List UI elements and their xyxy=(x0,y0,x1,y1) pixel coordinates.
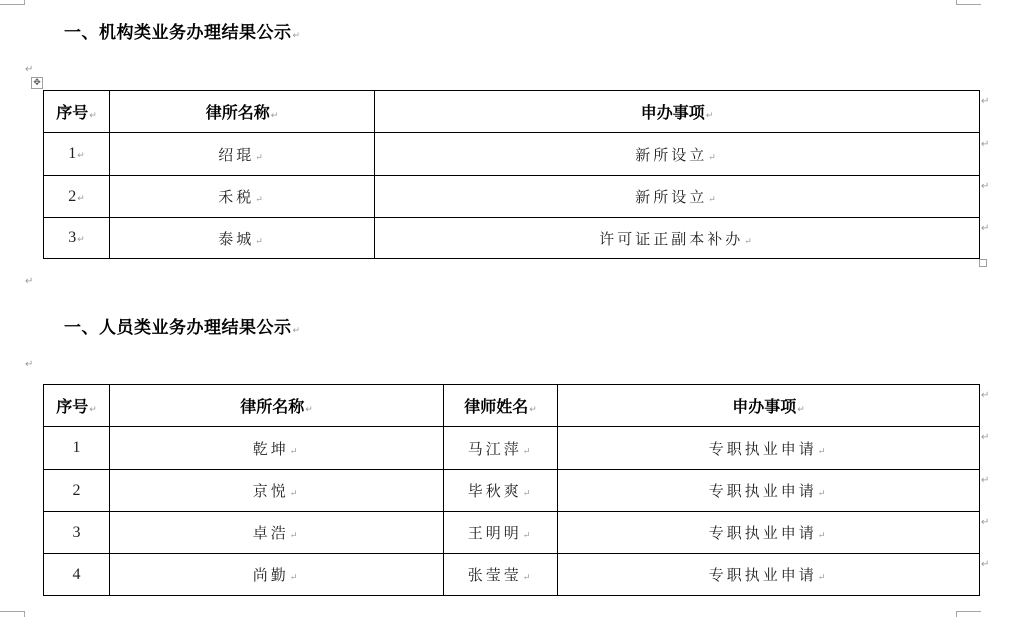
row-end-mark-icon: ↵ xyxy=(981,96,989,107)
cell-lawyer: 毕秋爽↵ xyxy=(444,470,558,512)
row-end-mark-icon: ↵ xyxy=(981,517,989,528)
cell-lawyer: 王明明↵ xyxy=(444,512,558,554)
cell-item: 新所设立↵ xyxy=(375,133,980,176)
row-end-mark-icon: ↵ xyxy=(981,181,989,192)
cell-firm: 京悦↵ xyxy=(110,470,444,512)
header-no: 序号↵ xyxy=(44,91,110,133)
row-end-mark-icon: ↵ xyxy=(981,223,989,234)
paragraph-mark-icon: ↵ xyxy=(25,64,33,75)
table-row: 1↵ 绍琨↵ 新所设立↵ xyxy=(44,133,980,176)
cell-no: 3↵ xyxy=(44,218,110,259)
cell-no: 2 xyxy=(44,470,110,512)
section1-heading: 一、机构类业务办理结果公示↵ xyxy=(64,18,301,43)
section1-heading-text: 一、机构类业务办理结果公示 xyxy=(64,23,292,43)
cell-firm: 尚勤↵ xyxy=(110,554,444,596)
cell-lawyer: 张莹莹↵ xyxy=(444,554,558,596)
cell-item: 专职执业申请↵ xyxy=(558,427,980,470)
row-end-mark-icon: ↵ xyxy=(981,559,989,570)
page-corner-top-right xyxy=(956,0,981,5)
cell-item: 许可证正副本补办↵ xyxy=(375,218,980,259)
table-row: 3↵ 泰城↵ 许可证正副本补办↵ xyxy=(44,218,980,259)
table-header-row: 序号↵ 律所名称↵ 申办事项↵ xyxy=(44,91,980,133)
page-corner-bottom-left xyxy=(0,611,25,617)
institution-results-table: 序号↵ 律所名称↵ 申办事项↵ 1↵ 绍琨↵ 新所设立↵ 2↵ 禾税↵ 新所设立… xyxy=(43,90,980,259)
cell-no: 2↵ xyxy=(44,176,110,218)
cell-firm: 禾税↵ xyxy=(110,176,375,218)
cell-no: 4 xyxy=(44,554,110,596)
page-corner-top-left xyxy=(0,0,25,5)
header-lawyer: 律师姓名↵ xyxy=(444,385,558,427)
row-end-mark-icon: ↵ xyxy=(981,432,989,443)
cell-firm: 卓浩↵ xyxy=(110,512,444,554)
table-row: 3 卓浩↵ 王明明↵ 专职执业申请↵ xyxy=(44,512,980,554)
header-item: 申办事项↵ xyxy=(375,91,980,133)
cell-firm: 乾坤↵ xyxy=(110,427,444,470)
header-firm: 律所名称↵ xyxy=(110,385,444,427)
paragraph-mark-icon: ↵ xyxy=(293,326,301,336)
cell-item: 新所设立↵ xyxy=(375,176,980,218)
cell-lawyer: 马江萍↵ xyxy=(444,427,558,470)
header-no: 序号↵ xyxy=(44,385,110,427)
table-row: 2 京悦↵ 毕秋爽↵ 专职执业申请↵ xyxy=(44,470,980,512)
page-corner-bottom-right xyxy=(956,611,981,617)
cell-no: 3 xyxy=(44,512,110,554)
table-row: 2↵ 禾税↵ 新所设立↵ xyxy=(44,176,980,218)
paragraph-mark-icon: ↵ xyxy=(25,359,33,370)
header-item: 申办事项↵ xyxy=(558,385,980,427)
table-move-handle-icon[interactable]: ✥ xyxy=(31,77,43,89)
cell-firm: 绍琨↵ xyxy=(110,133,375,176)
header-firm: 律所名称↵ xyxy=(110,91,375,133)
table-resize-handle-icon[interactable] xyxy=(979,259,987,267)
table-header-row: 序号↵ 律所名称↵ 律师姓名↵ 申办事项↵ xyxy=(44,385,980,427)
cell-firm: 泰城↵ xyxy=(110,218,375,259)
cell-no: 1 xyxy=(44,427,110,470)
paragraph-mark-icon: ↵ xyxy=(293,31,301,41)
table-row: 1 乾坤↵ 马江萍↵ 专职执业申请↵ xyxy=(44,427,980,470)
section2-heading: 一、人员类业务办理结果公示↵ xyxy=(64,313,301,338)
cell-item: 专职执业申请↵ xyxy=(558,470,980,512)
section2-heading-text: 一、人员类业务办理结果公示 xyxy=(64,318,292,338)
cell-item: 专职执业申请↵ xyxy=(558,512,980,554)
row-end-mark-icon: ↵ xyxy=(981,139,989,150)
personnel-results-table: 序号↵ 律所名称↵ 律师姓名↵ 申办事项↵ 1 乾坤↵ 马江萍↵ 专职执业申请↵… xyxy=(43,384,980,596)
paragraph-mark-icon: ↵ xyxy=(25,276,33,287)
table-row: 4 尚勤↵ 张莹莹↵ 专职执业申请↵ xyxy=(44,554,980,596)
cell-item: 专职执业申请↵ xyxy=(558,554,980,596)
row-end-mark-icon: ↵ xyxy=(981,390,989,401)
cell-no: 1↵ xyxy=(44,133,110,176)
row-end-mark-icon: ↵ xyxy=(981,475,989,486)
